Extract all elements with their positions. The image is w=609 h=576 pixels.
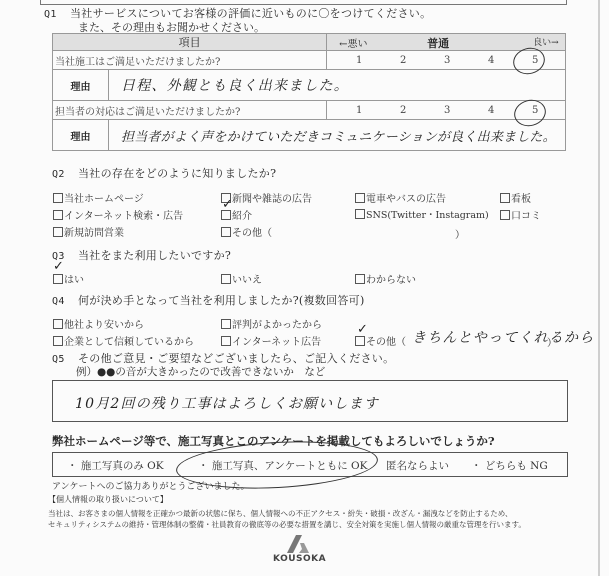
header-good: 良い→: [533, 35, 559, 48]
q3-option-no[interactable]: いいえ: [221, 271, 262, 286]
q2-option-homepage[interactable]: 当社ホームページ: [53, 190, 144, 205]
privacy-line-2: セキュリティシステムの維持・管理体制の整備・社員教育の徹底等の必要な措置を講じ、…: [48, 519, 526, 530]
thanks-message: アンケートへのご協力ありがとうございました。: [52, 479, 249, 492]
checkbox-icon[interactable]: [53, 319, 63, 329]
checkbox-icon[interactable]: [355, 274, 365, 284]
checkbox-icon[interactable]: [221, 336, 231, 346]
rating-2[interactable]: 2: [381, 105, 425, 116]
q5-example: 例）●●の音が大きかったので改善できないか など: [76, 364, 325, 379]
checkbox-icon[interactable]: [221, 319, 231, 329]
q4-other-close-paren: ）: [547, 334, 557, 349]
q2-other-close-paren: ）: [455, 226, 465, 241]
rating-2[interactable]: 2: [381, 55, 425, 66]
checkbox-icon[interactable]: [53, 193, 63, 203]
publish-option-photos-only[interactable]: ・ 施工写真のみ OK: [67, 458, 164, 473]
q2-option-newspaper[interactable]: 新聞や雑誌の広告: [221, 190, 312, 205]
checkbox-icon[interactable]: [221, 274, 231, 284]
q4-option-reputation[interactable]: 評判がよかったから: [221, 316, 322, 331]
q4-other-write-in[interactable]: きちんとやってくれるから: [412, 327, 594, 347]
checkbox-icon[interactable]: [53, 210, 63, 220]
kousoka-logo-icon: [287, 535, 311, 553]
header-item: 項目: [53, 34, 327, 51]
checkbox-icon[interactable]: [500, 210, 510, 220]
q5-answer: 10月2回の残り工事はよろしくお願いします: [75, 393, 379, 413]
rating-3[interactable]: 3: [425, 55, 469, 66]
checkbox-icon[interactable]: [53, 227, 63, 237]
checkbox-icon[interactable]: [221, 227, 231, 237]
q4-option-internet-ad[interactable]: インターネット広告: [221, 333, 321, 348]
rating-1[interactable]: 1: [337, 55, 381, 66]
reason-label: 理由: [53, 70, 109, 101]
q3-title: Q3当社をまた利用したいですか?: [52, 247, 231, 263]
reason-label: 理由: [53, 120, 109, 151]
q2-option-other[interactable]: その他（: [221, 224, 272, 239]
checkbox-icon[interactable]: [355, 193, 365, 203]
checkbox-icon[interactable]: [53, 336, 63, 346]
privacy-heading: 【個人情報の取り扱いについて】: [48, 494, 168, 505]
checkmark-icon: ✓: [53, 259, 64, 274]
checkmark-icon: ✓: [357, 322, 368, 337]
row2-question: 担当者の対応はご満足いただけましたか?: [53, 101, 327, 120]
q2-option-visit-sales[interactable]: 新規訪問営業: [53, 224, 124, 239]
rating-3[interactable]: 3: [425, 105, 469, 116]
checkbox-icon[interactable]: [500, 193, 510, 203]
logo-text: KOUSOKA: [273, 554, 326, 564]
page-edge: [598, 0, 600, 576]
checkbox-icon[interactable]: [355, 336, 365, 346]
q1-rating-table: 項目 ←悪い 普通 良い→ 当社施工はご満足いただけましたか? 12345 理由…: [52, 33, 566, 151]
privacy-line-1: 当社は、お客さまの個人情報を正確かつ最新の状態に保ち、個人情報への不正アクセス・…: [48, 508, 512, 519]
row2-reason[interactable]: 担当者がよく声をかけていただきコミュニケーションが良く出来ました。: [109, 120, 566, 151]
q2-option-sns[interactable]: SNS(Twitter・Instagram): [355, 207, 489, 221]
rating-4[interactable]: 4: [469, 105, 513, 116]
q3-option-unsure[interactable]: わからない: [355, 271, 416, 286]
checkmark-icon: ✓: [222, 197, 233, 212]
q4-option-cheaper[interactable]: 他社より安いから: [53, 316, 144, 331]
row1-question: 当社施工はご満足いただけましたか?: [53, 51, 327, 70]
header-bad: ←悪い: [339, 35, 367, 50]
q4-title: Q4何が決め手となって当社を利用しましたか?(複数回答可): [52, 292, 365, 308]
publish-option-anonymous[interactable]: 匿名ならよい: [386, 458, 449, 473]
q2-option-signboard[interactable]: 看板: [500, 190, 531, 205]
q5-answer-box[interactable]: 10月2回の残り工事はよろしくお願いします: [52, 380, 568, 422]
row1-reason[interactable]: 日程、外観とも良く出来ました。: [109, 70, 566, 101]
header-normal: 普通: [427, 35, 449, 51]
checkbox-icon[interactable]: [53, 274, 63, 284]
q4-option-trust[interactable]: 企業として信頼しているから: [53, 333, 194, 348]
rating-4[interactable]: 4: [469, 55, 513, 66]
q2-title: Q2当社の存在をどのように知りましたか?: [52, 165, 276, 181]
q2-option-internet[interactable]: インターネット検索・広告: [53, 207, 183, 222]
q2-option-train-bus[interactable]: 電車やバスの広告: [355, 190, 446, 205]
rating-1[interactable]: 1: [337, 105, 381, 116]
publish-option-neither[interactable]: ・ どちらも NG: [471, 458, 548, 473]
checkbox-icon[interactable]: [355, 209, 365, 219]
q2-option-word-of-mouth[interactable]: 口コミ: [500, 207, 541, 222]
